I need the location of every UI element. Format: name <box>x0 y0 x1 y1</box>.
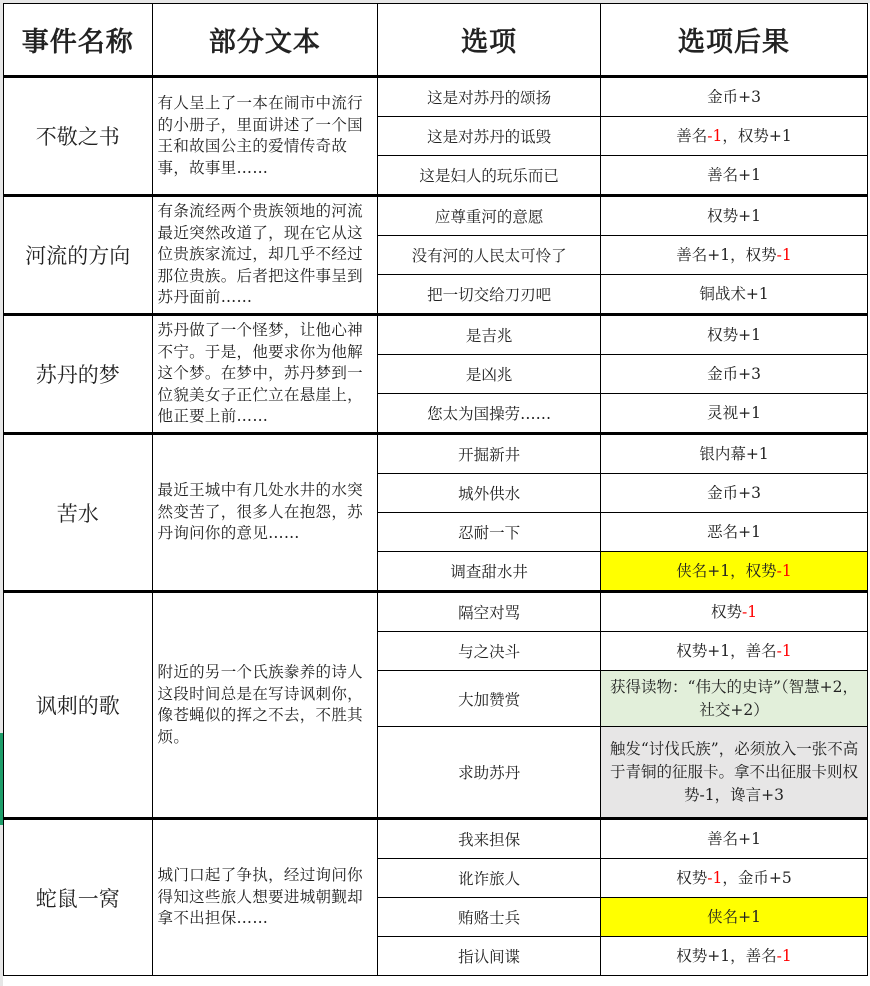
option-cell[interactable]: 讹诈旅人 <box>378 859 601 898</box>
option-result-cell[interactable]: 触发“讨伐氏族”，必须放入一张不高于青铜的征服卡。拿不出征服卡则权势-1，谗言+… <box>601 727 868 819</box>
negative-value: -1 <box>742 603 757 621</box>
option-cell[interactable]: 求助苏丹 <box>378 727 601 819</box>
result-text: 善名+1 <box>707 166 761 184</box>
result-text: 权势+1 <box>707 326 761 344</box>
option-cell[interactable]: 贿赂士兵 <box>378 898 601 937</box>
result-text: ，金币+5 <box>722 869 791 887</box>
result-text: 善名 <box>676 127 707 145</box>
result-text: 灵视+1 <box>707 404 761 422</box>
table-row: 苏丹的梦苏丹做了一个怪梦，让他心神不宁。于是，他要求你为他解这个梦。在梦中，苏丹… <box>4 315 868 355</box>
option-result-cell[interactable]: 恶名+1 <box>601 513 868 552</box>
event-text-cell[interactable]: 有人呈上了一本在闹市中流行的小册子，里面讲述了一个国王和故国公主的爱情传奇故事，… <box>152 77 378 196</box>
result-text: 获得读物：“伟大的史诗”（智慧+2，社交+2） <box>610 678 858 719</box>
result-text: 银内幕+1 <box>699 445 768 463</box>
option-result-cell[interactable]: 权势+1，善名-1 <box>601 937 868 976</box>
negative-value: -1 <box>707 869 722 887</box>
option-result-cell[interactable]: 获得读物：“伟大的史诗”（智慧+2，社交+2） <box>601 671 868 727</box>
option-cell[interactable]: 这是对苏丹的诋毁 <box>378 117 601 156</box>
option-result-cell[interactable]: 权势-1，金币+5 <box>601 859 868 898</box>
event-name-cell[interactable]: 讽刺的歌 <box>4 592 153 819</box>
event-text-cell[interactable]: 附近的另一个氏族豢养的诗人这段时间总是在写诗讽刺你，像苍蝇似的挥之不去，不胜其烦… <box>152 592 378 819</box>
result-text: 权势+1，善名 <box>676 642 776 660</box>
table-row: 苦水最近王城中有几处水井的水突然变苦了，很多人在抱怨，苏丹询问你的意见……开掘新… <box>4 434 868 474</box>
option-cell[interactable]: 开掘新井 <box>378 434 601 474</box>
header-partial-text[interactable]: 部分文本 <box>152 4 378 77</box>
result-text: 金币+3 <box>707 484 761 502</box>
result-text: 权势+1，善名 <box>676 947 776 965</box>
option-cell[interactable]: 没有河的人民太可怜了 <box>378 236 601 275</box>
header-option-result[interactable]: 选项后果 <box>601 4 868 77</box>
option-cell[interactable]: 这是对苏丹的颂扬 <box>378 77 601 117</box>
option-result-cell[interactable]: 善名+1 <box>601 156 868 196</box>
option-result-cell[interactable]: 灵视+1 <box>601 394 868 434</box>
option-cell[interactable]: 是凶兆 <box>378 355 601 394</box>
negative-value: -1 <box>777 642 792 660</box>
result-text: 善名+1，权势 <box>676 246 776 264</box>
option-result-cell[interactable]: 金币+3 <box>601 474 868 513</box>
option-cell[interactable]: 调查甜水井 <box>378 552 601 592</box>
option-cell[interactable]: 是吉兆 <box>378 315 601 355</box>
option-result-cell[interactable]: 侠名+1 <box>601 898 868 937</box>
header-option[interactable]: 选项 <box>378 4 601 77</box>
result-text: 恶名+1 <box>707 523 761 541</box>
option-result-cell[interactable]: 权势-1 <box>601 592 868 632</box>
option-result-cell[interactable]: 权势+1 <box>601 315 868 355</box>
event-text-cell[interactable]: 苏丹做了一个怪梦，让他心神不宁。于是，他要求你为他解这个梦。在梦中，苏丹梦到一位… <box>152 315 378 434</box>
option-cell[interactable]: 指认间谍 <box>378 937 601 976</box>
table-row: 河流的方向有条流经两个贵族领地的河流最近突然改道了，现在它从这位贵族家流过，却几… <box>4 196 868 236</box>
result-text: 侠名+1，权势 <box>676 562 776 580</box>
result-text: 金币+3 <box>707 88 761 106</box>
event-name-cell[interactable]: 不敬之书 <box>4 77 153 196</box>
negative-value: -1 <box>777 246 792 264</box>
option-result-cell[interactable]: 侠名+1，权势-1 <box>601 552 868 592</box>
events-table: 事件名称 部分文本 选项 选项后果 不敬之书有人呈上了一本在闹市中流行的小册子，… <box>3 3 868 976</box>
option-cell[interactable]: 您太为国操劳…… <box>378 394 601 434</box>
option-result-cell[interactable]: 金币+3 <box>601 77 868 117</box>
option-result-cell[interactable]: 善名-1，权势+1 <box>601 117 868 156</box>
option-cell[interactable]: 大加赞赏 <box>378 671 601 727</box>
event-name-cell[interactable]: 苦水 <box>4 434 153 592</box>
option-cell[interactable]: 隔空对骂 <box>378 592 601 632</box>
option-result-cell[interactable]: 铜战术+1 <box>601 275 868 315</box>
result-text: 侠名+1 <box>707 908 761 926</box>
option-result-cell[interactable]: 善名+1 <box>601 819 868 859</box>
option-result-cell[interactable]: 金币+3 <box>601 355 868 394</box>
option-result-cell[interactable]: 银内幕+1 <box>601 434 868 474</box>
option-cell[interactable]: 把一切交给刀刃吧 <box>378 275 601 315</box>
result-text: ，权势+1 <box>722 127 791 145</box>
event-text-cell[interactable]: 有条流经两个贵族领地的河流最近突然改道了，现在它从这位贵族家流过，却几乎不经过那… <box>152 196 378 315</box>
header-event-name[interactable]: 事件名称 <box>4 4 153 77</box>
event-name-cell[interactable]: 蛇鼠一窝 <box>4 819 153 976</box>
option-cell[interactable]: 与之决斗 <box>378 632 601 671</box>
result-text: 金币+3 <box>707 365 761 383</box>
result-text: 权势 <box>676 869 707 887</box>
result-text: 触发“讨伐氏族”，必须放入一张不高于青铜的征服卡。拿不出征服卡则权势-1，谗言+… <box>610 740 858 804</box>
negative-value: -1 <box>707 127 722 145</box>
option-result-cell[interactable]: 权势+1 <box>601 196 868 236</box>
event-text-cell[interactable]: 城门口起了争执，经过询问你得知这些旅人想要进城朝觐却拿不出担保…… <box>152 819 378 976</box>
table-row: 不敬之书有人呈上了一本在闹市中流行的小册子，里面讲述了一个国王和故国公主的爱情传… <box>4 77 868 117</box>
event-name-cell[interactable]: 河流的方向 <box>4 196 153 315</box>
result-text: 权势 <box>711 603 742 621</box>
event-text-cell[interactable]: 最近王城中有几处水井的水突然变苦了，很多人在抱怨，苏丹询问你的意见…… <box>152 434 378 592</box>
table-row: 蛇鼠一窝城门口起了争执，经过询问你得知这些旅人想要进城朝觐却拿不出担保……我来担… <box>4 819 868 859</box>
event-name-cell[interactable]: 苏丹的梦 <box>4 315 153 434</box>
result-text: 铜战术+1 <box>699 285 768 303</box>
option-result-cell[interactable]: 善名+1，权势-1 <box>601 236 868 275</box>
option-cell[interactable]: 这是妇人的玩乐而已 <box>378 156 601 196</box>
option-cell[interactable]: 城外供水 <box>378 474 601 513</box>
table-row: 讽刺的歌附近的另一个氏族豢养的诗人这段时间总是在写诗讽刺你，像苍蝇似的挥之不去，… <box>4 592 868 632</box>
option-result-cell[interactable]: 权势+1，善名-1 <box>601 632 868 671</box>
header-row: 事件名称 部分文本 选项 选项后果 <box>4 4 868 77</box>
option-cell[interactable]: 我来担保 <box>378 819 601 859</box>
option-cell[interactable]: 忍耐一下 <box>378 513 601 552</box>
negative-value: -1 <box>777 947 792 965</box>
negative-value: -1 <box>777 562 792 580</box>
result-text: 善名+1 <box>707 830 761 848</box>
result-text: 权势+1 <box>707 207 761 225</box>
option-cell[interactable]: 应尊重河的意愿 <box>378 196 601 236</box>
